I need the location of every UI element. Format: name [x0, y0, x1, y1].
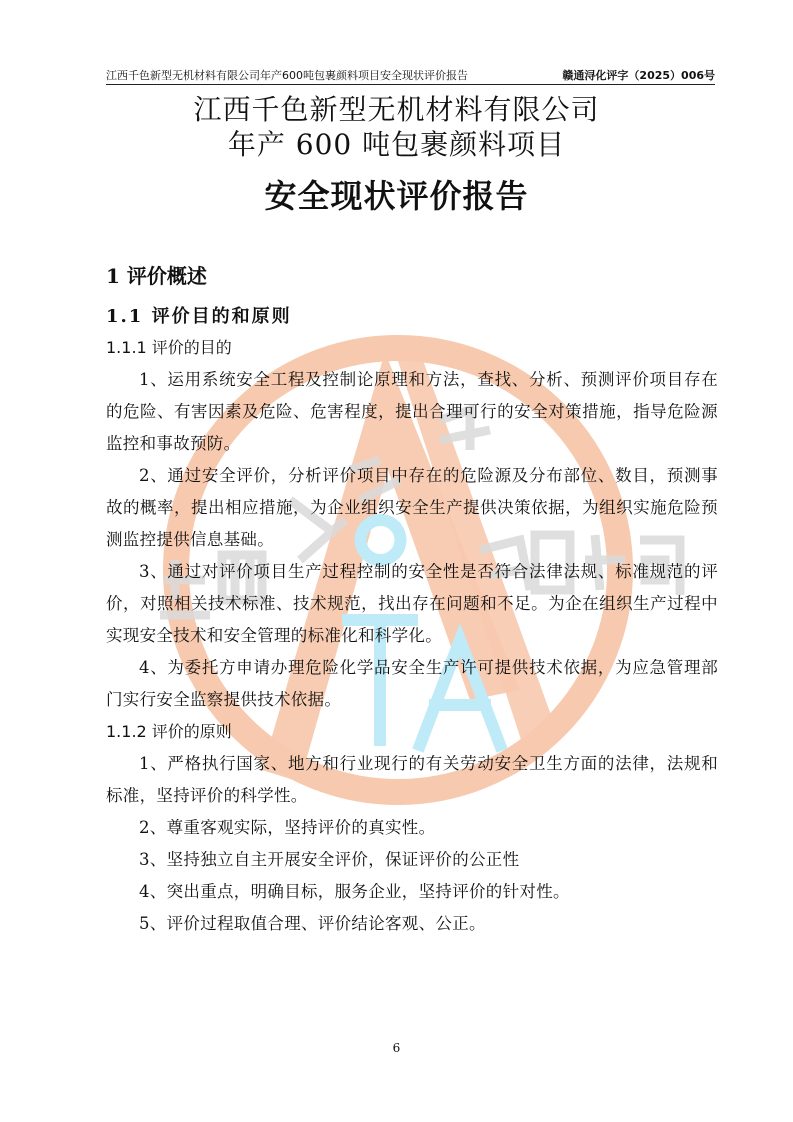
section-heading-1-1-2: 1.1.2 评价的原则 — [106, 716, 718, 748]
principle-item: 4、突出重点，明确目标，服务企业，坚持评价的针对性。 — [106, 876, 718, 908]
principle-item: 1、严格执行国家、地方和行业现行的有关劳动安全卫生方面的法律，法规和标准，坚持评… — [106, 748, 718, 812]
principle-item: 3、坚持独立自主开展安全评价，保证评价的公正性 — [106, 844, 718, 876]
title-block: 江西千色新型无机材料有限公司 年产 600 吨包裹颜料项目 安全现状评价报告 — [0, 92, 793, 216]
project-name-title: 年产 600 吨包裹颜料项目 — [0, 128, 793, 162]
header-document-number: 赣通浔化评字（2025）006号 — [562, 68, 715, 83]
purpose-item: 2、通过安全评价，分析评价项目中存在的危险源及分布部位、数目，预测事故的概率，提… — [106, 460, 718, 556]
report-title: 安全现状评价报告 — [0, 176, 793, 216]
purpose-item: 3、通过对评价项目生产过程控制的安全性是否符合法律法规、标准规范的评价，对照相关… — [106, 556, 718, 652]
principle-item: 5、评价过程取值合理、评价结论客观、公正。 — [106, 908, 718, 940]
purpose-item: 1、运用系统安全工程及控制论原理和方法，查找、分析、预测评价项目存在的危险、有害… — [106, 364, 718, 460]
document-body: 1 评价概述 1.1 评价目的和原则 1.1.1 评价的目的 1、运用系统安全工… — [106, 258, 718, 940]
section-heading-1-1-1: 1.1.1 评价的目的 — [106, 332, 718, 364]
principle-item: 2、尊重客观实际，坚持评价的真实性。 — [106, 812, 718, 844]
section-heading-1: 1 评价概述 — [106, 258, 718, 294]
section-heading-1-1: 1.1 评价目的和原则 — [106, 302, 718, 332]
purpose-item: 4、为委托方申请办理危险化学品安全生产许可提供技术依据，为应急管理部门实行安全监… — [106, 652, 718, 716]
page-number: 6 — [0, 1041, 793, 1055]
company-name-title: 江西千色新型无机材料有限公司 — [0, 92, 793, 128]
header-report-title: 江西千色新型无机材料有限公司年产600吨包裹颜料项目安全现状评价报告 — [106, 68, 468, 83]
page-header: 江西千色新型无机材料有限公司年产600吨包裹颜料项目安全现状评价报告 赣通浔化评… — [106, 68, 715, 85]
